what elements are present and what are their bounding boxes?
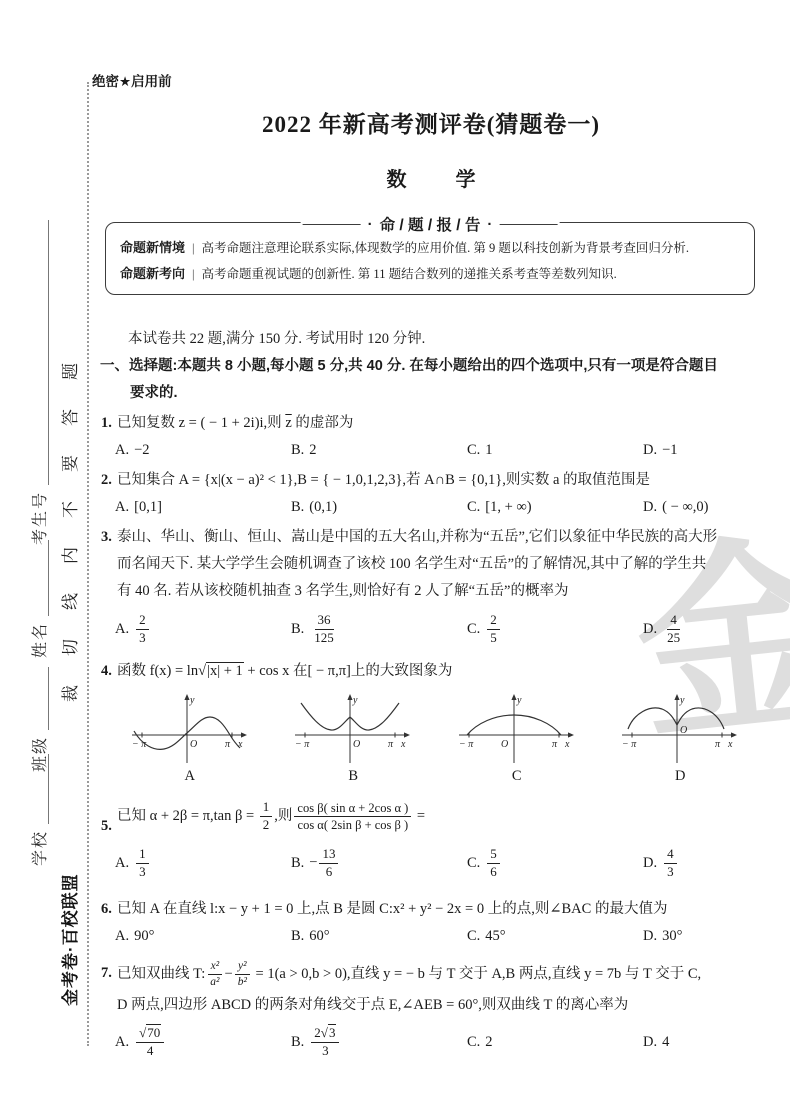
question-1-options: A.−2 B.2 C.1 D.−1 <box>100 437 762 464</box>
fraction: 56 <box>487 846 500 881</box>
question-6-options: A.90° B.60° C.45° D.30° <box>100 923 762 950</box>
x-axis-label: x <box>564 739 570 750</box>
question-4-graphs: y x O − π π y x O − π π y x O − π <box>100 689 762 767</box>
fraction: 25 <box>487 612 500 647</box>
x-axis-label: x <box>237 739 243 750</box>
fraction: 425 <box>664 612 683 647</box>
question-7-stem-line2: D 两点,四边形 ABCD 的两条对角线交于点 E,∠AEB = 60°,则双曲… <box>117 992 762 1018</box>
pi-tick: π <box>388 739 394 750</box>
decor-dot-right: · <box>487 217 492 232</box>
sidebar-field-examinee-number: 考生号 <box>30 220 52 545</box>
option-b: B.36125 <box>291 612 467 647</box>
question-7-options: A.704 B.233 C.2 D.4 <box>100 1018 762 1068</box>
origin-label: O <box>353 739 360 750</box>
choice-letter-a: A <box>108 767 272 785</box>
question-1: 1. 已知复数 z = ( − 1 + 2i)i,则 z 的虚部为 <box>100 410 762 437</box>
question-7-stem-line1: 已知双曲线 T:x²a²−y²b² = 1(a > 0,b > 0),直线 y … <box>117 956 762 992</box>
cut-line-dotted <box>87 82 89 1046</box>
question-1-stem: 已知复数 z = ( − 1 + 2i)i,则 z 的虚部为 <box>117 415 353 431</box>
question-5-stem: 已知 α + 2β = π,tan β = 12,则cos β( sin α +… <box>117 808 425 824</box>
blank-write-line <box>33 754 49 824</box>
fraction: y²b² <box>235 959 250 990</box>
option-b: B.60° <box>291 923 467 950</box>
origin-label: O <box>190 739 197 750</box>
graph-option-c: y x O − π π <box>453 689 581 767</box>
pi-tick: π <box>552 739 558 750</box>
separator-bar: | <box>192 237 195 260</box>
option-b: B.233 <box>291 1025 467 1060</box>
fraction: 43 <box>664 846 677 881</box>
question-5-number: 5. <box>101 803 112 849</box>
field-label: 考生号 <box>30 491 52 545</box>
option-a: A.704 <box>115 1025 291 1060</box>
proposition-report-box: · 命 / 题 / 报 / 告 · 命题新情境 | 高考命题注意理论联系实际,体… <box>105 222 755 295</box>
question-3: 3. 泰山、华山、衡山、恒山、嵩山是中国的五大名山,并称为“五岳”,它们以象征中… <box>100 524 762 605</box>
fraction: 233 <box>311 1025 339 1060</box>
choice-letter-d: D <box>599 767 763 785</box>
neg-pi-tick: − π <box>132 739 147 750</box>
paper-title: 2022 年新高考测评卷(猜题卷一) <box>100 106 762 139</box>
graph-option-d: y x O − π π <box>616 689 744 767</box>
y-axis-label: y <box>352 695 358 706</box>
subject-title: 数 学 <box>100 163 762 192</box>
minus-sign: − <box>309 855 317 871</box>
fraction: 704 <box>136 1025 164 1060</box>
question-4-stem: 函数 f(x) = ln|x| + 1 + cos x 在[ − π,π]上的大… <box>117 663 452 679</box>
radical: 70 <box>139 1025 161 1042</box>
exam-paper-page: { "page": { "security_notice": "绝密★启用前",… <box>0 0 790 1110</box>
option-c: C.25 <box>467 612 643 647</box>
exam-info-line: 本试卷共 22 题,满分 150 分. 考试用时 120 分钟. <box>100 327 762 348</box>
sidebar-field-name: 姓名 <box>30 540 52 658</box>
decor-dot-left: · <box>368 217 373 232</box>
choice-letter-c: C <box>435 767 599 785</box>
x-axis-label: x <box>400 739 406 750</box>
publisher-brand: 金考卷·百校联盟 <box>60 864 82 1006</box>
paper-content: 2022 年新高考测评卷(猜题卷一) 数 学 · 命 / 题 / 报 / 告 ·… <box>100 0 762 1068</box>
section1-line2: 要求的. <box>100 380 762 407</box>
separator-bar: | <box>192 263 195 286</box>
question-5-options: A.13 B.−136 C.56 D.43 <box>100 839 762 889</box>
question-4: 4. 函数 f(x) = ln|x| + 1 + cos x 在[ − π,π]… <box>100 658 762 685</box>
option-b: B.(0,1) <box>291 494 467 521</box>
option-c: C.2 <box>467 1034 643 1051</box>
fraction: 36125 <box>311 612 337 647</box>
option-b: B.2 <box>291 437 467 464</box>
question-3-stem-line1: 泰山、华山、衡山、恒山、嵩山是中国的五大名山,并称为“五岳”,它们以象征中华民族… <box>117 524 762 551</box>
question-3-number: 3. <box>101 524 112 551</box>
option-a: A.[0,1] <box>115 494 291 521</box>
option-a: A.−2 <box>115 437 291 464</box>
question-3-options: A.23 B.36125 C.25 D.425 <box>100 605 762 655</box>
option-d: D.30° <box>643 923 762 950</box>
pi-tick: π <box>715 739 721 750</box>
section1-header: 一、选择题:本题共 8 小题,每小题 5 分,共 40 分. 在每小题给出的四个… <box>100 353 762 407</box>
option-a: A.23 <box>115 612 291 647</box>
fraction: 13 <box>136 846 149 881</box>
question-6-number: 6. <box>101 896 112 923</box>
origin-label: O <box>501 739 508 750</box>
field-label: 学校 <box>30 830 52 866</box>
question-5: 5. 已知 α + 2β = π,tan β = 12,则cos β( sin … <box>100 793 762 839</box>
report-row-direction: 命题新考向 | 高考命题重视试题的创新性. 第 11 题结合数列的递推关系考查等… <box>106 261 754 287</box>
question-1-number: 1. <box>101 410 112 437</box>
question-4-choice-letters: A B C D <box>100 767 762 785</box>
report-row-context: 命题新情境 | 高考命题注意理论联系实际,体现数学的应用价值. 第 9 题以科技… <box>106 235 754 261</box>
question-4-number: 4. <box>101 658 112 685</box>
choice-letter-b: B <box>272 767 436 785</box>
option-d: D.4 <box>643 1034 762 1051</box>
question-2: 2. 已知集合 A = {x|(x − a)² < 1},B = { − 1,0… <box>100 467 762 494</box>
y-axis-label: y <box>516 695 522 706</box>
blank-write-line <box>33 540 49 616</box>
option-a: A.90° <box>115 923 291 950</box>
neg-pi-tick: − π <box>622 739 637 750</box>
fraction: 12 <box>260 799 273 834</box>
graph-option-a: y x O − π π <box>126 689 254 767</box>
fraction: cos β( sin α + 2cos α )cos α( 2sin β + c… <box>294 800 411 834</box>
sidebar-field-school: 学校 <box>30 754 52 866</box>
report-box-header: · 命 / 题 / 报 / 告 · <box>301 213 560 235</box>
neg-pi-tick: − π <box>459 739 474 750</box>
question-3-stem-line3: 有 40 名. 若从该校随机抽查 3 名学生,则恰好有 2 人了解“五岳”的概率… <box>117 578 762 605</box>
fraction: 23 <box>136 612 149 647</box>
radical: |x| + 1 <box>198 658 244 685</box>
origin-label: O <box>680 725 687 736</box>
option-c: C.45° <box>467 923 643 950</box>
field-label: 姓名 <box>30 622 52 658</box>
security-notice: 绝密★启用前 <box>92 70 172 90</box>
report-row-label: 命题新考向 <box>120 262 185 286</box>
option-b: B.−136 <box>291 846 467 881</box>
y-axis-label: y <box>679 695 685 706</box>
option-c: C.56 <box>467 846 643 881</box>
section1-line1: 一、选择题:本题共 8 小题,每小题 5 分,共 40 分. 在每小题给出的四个… <box>100 353 762 380</box>
decor-line-right <box>499 224 557 225</box>
blank-write-line <box>33 220 49 485</box>
blank-write-line <box>33 667 49 730</box>
report-row-text: 高考命题注意理论联系实际,体现数学的应用价值. 第 9 题以科技创新为背景考查回… <box>202 237 690 260</box>
neg-pi-tick: − π <box>295 739 310 750</box>
decor-line-left <box>303 224 361 225</box>
option-a: A.13 <box>115 846 291 881</box>
report-header-text: 命 / 题 / 报 / 告 <box>380 213 481 235</box>
graph-option-b: y x O − π π <box>289 689 417 767</box>
minus-sign: − <box>225 966 233 982</box>
option-d: D.−1 <box>643 437 762 464</box>
question-7-number: 7. <box>101 960 112 987</box>
x-axis-label: x <box>727 739 733 750</box>
question-3-stem-line2: 而名闻天下. 某大学学生会随机调查了该校 100 名学生对“五岳”的了解情况,其… <box>117 551 762 578</box>
y-axis-label: y <box>189 695 195 706</box>
fraction: 136 <box>319 846 338 881</box>
option-c: C.1 <box>467 437 643 464</box>
option-d: D.425 <box>643 612 762 647</box>
option-c: C.[1, + ∞) <box>467 494 643 521</box>
question-7: 7. 已知双曲线 T:x²a²−y²b² = 1(a > 0,b > 0),直线… <box>100 956 762 1018</box>
option-d: D.43 <box>643 846 762 881</box>
report-row-label: 命题新情境 <box>120 236 185 260</box>
radical: 3 <box>321 1025 337 1042</box>
question-2-options: A.[0,1] B.(0,1) C.[1, + ∞) D.( − ∞,0) <box>100 494 762 521</box>
question-6: 6. 已知 A 在直线 l:x − y + 1 = 0 上,点 B 是圆 C:x… <box>100 896 762 923</box>
fraction: x²a² <box>207 959 222 990</box>
question-2-number: 2. <box>101 467 112 494</box>
option-d: D.( − ∞,0) <box>643 494 762 521</box>
no-answer-in-cutline-notice: 裁切线内不要答题 <box>60 326 82 702</box>
report-row-text: 高考命题重视试题的创新性. 第 11 题结合数列的递推关系考查等差数列知识. <box>202 263 617 286</box>
pi-tick: π <box>225 739 231 750</box>
question-2-stem: 已知集合 A = {x|(x − a)² < 1},B = { − 1,0,1,… <box>117 472 650 488</box>
question-6-stem: 已知 A 在直线 l:x − y + 1 = 0 上,点 B 是圆 C:x² +… <box>117 901 667 917</box>
